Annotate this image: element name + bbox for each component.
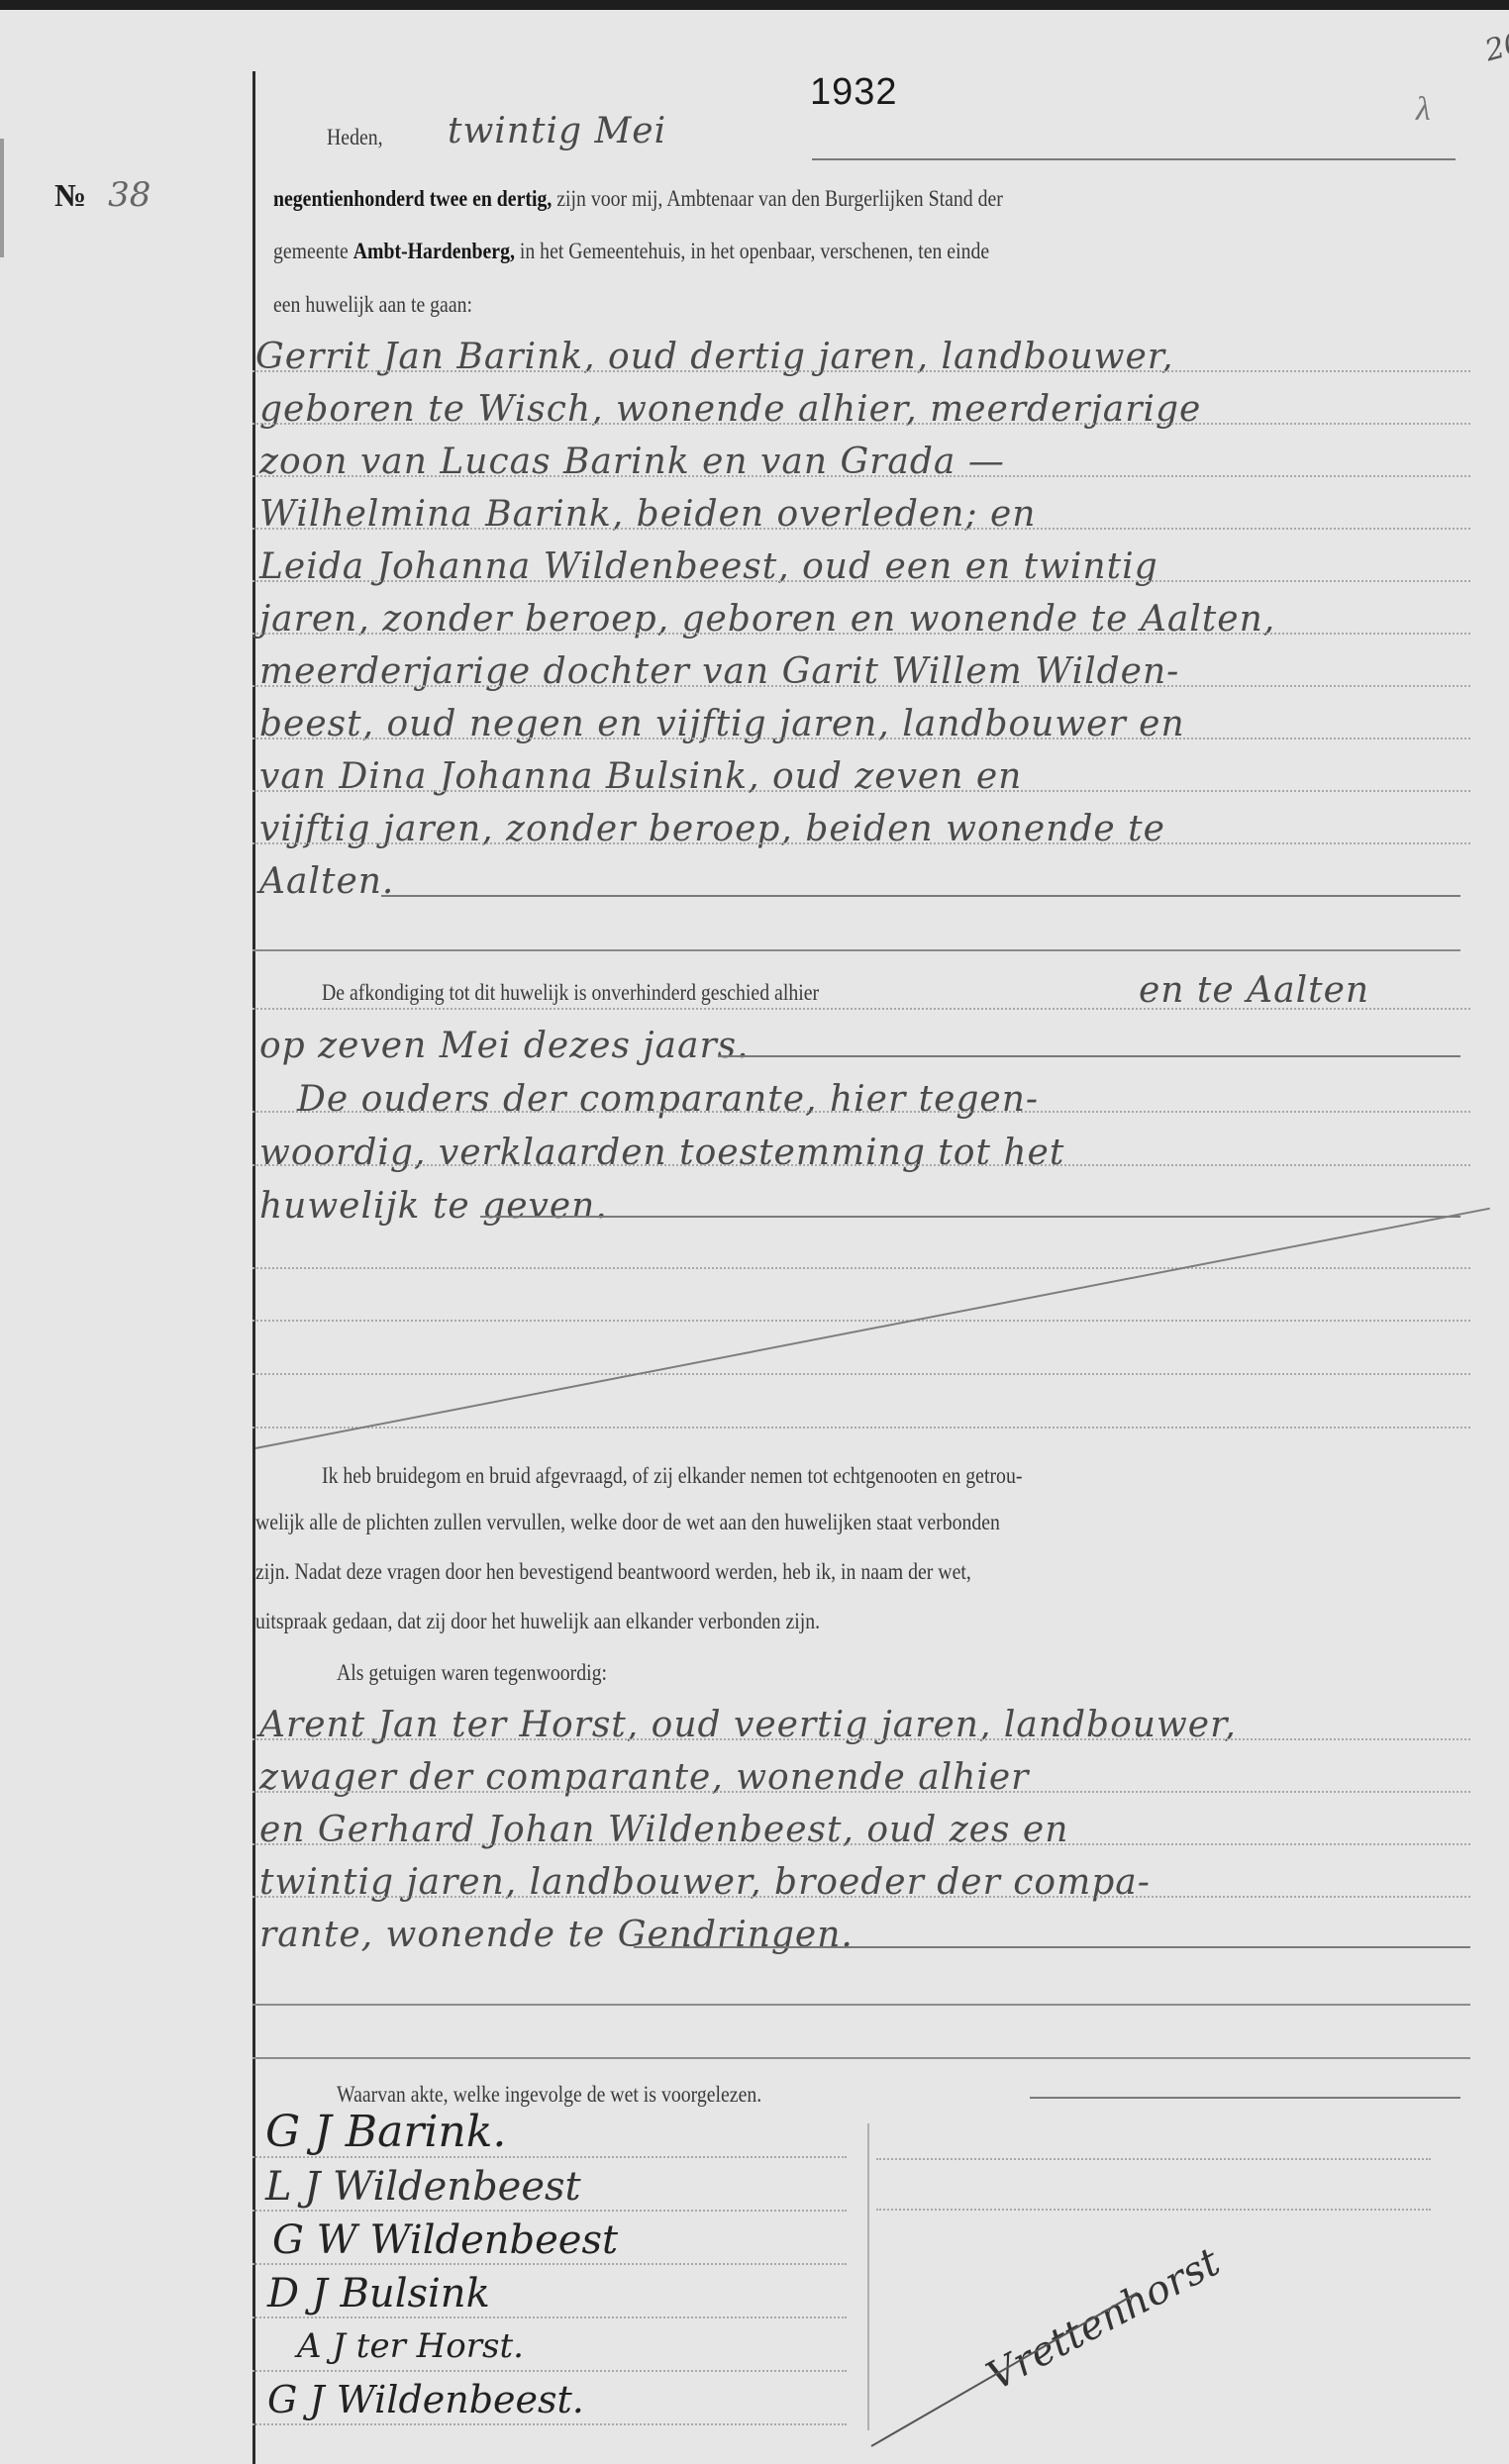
akte-number-label: №: [54, 177, 86, 214]
ruled-line: [876, 2209, 1431, 2211]
signature-witness-2: G J Wildenbeest.: [267, 2378, 584, 2421]
ruled-line: [252, 738, 1470, 739]
signature-bride-father: G W Wildenbeest: [272, 2218, 618, 2263]
header-line-3: gemeente Ambt-Hardenberg, in het Gemeent…: [273, 239, 989, 264]
signature-witness-1: A J ter Horst.: [297, 2326, 524, 2366]
page-number: 20: [1481, 26, 1509, 69]
cancel-strike-line: [255, 1208, 1490, 1449]
akte-number: № 38: [54, 175, 151, 215]
ruled-line: [252, 1843, 1470, 1845]
ruled-line: [252, 842, 1470, 844]
ruled-line: [252, 2316, 847, 2318]
ruled-line: [252, 1111, 1470, 1113]
ruled-line: [252, 1164, 1470, 1166]
ruled-line: [252, 475, 1470, 477]
date-written: twintig Mei: [448, 111, 666, 151]
heden-label: Heden,: [327, 125, 383, 150]
afkondiging-text: De afkondiging tot dit huwelijk is onver…: [322, 980, 819, 1006]
consent-line: De ouders der comparante, hier tegen-: [297, 1079, 1039, 1120]
ruled-line: [252, 1791, 1470, 1793]
ruled-line: [252, 1738, 1470, 1740]
declaration-line: uitspraak gedaan, dat zij door het huwel…: [255, 1609, 820, 1634]
ruled-line: [252, 528, 1470, 530]
afkondiging-date: op zeven Mei dezes jaars.: [259, 1026, 750, 1066]
parties-line: Aalten.: [259, 861, 394, 902]
header-line-3-text: in het Gemeentehuis, in het openbaar, ve…: [520, 239, 989, 263]
margin-tick-mark: λ: [1416, 91, 1431, 129]
ruled-line: [252, 423, 1470, 425]
consent-line: huwelijk te geven.: [259, 1186, 608, 1227]
ruled-line: [252, 790, 1470, 792]
consent-end-line: [480, 1216, 1460, 1218]
ruled-line: [252, 580, 1470, 582]
ruled-line: [252, 1896, 1470, 1898]
section-divider: [252, 2057, 1470, 2059]
witness-end-line: [634, 1946, 1470, 1948]
ruled-line: [252, 2423, 847, 2425]
declaration-line: welijk alle de plichten zullen vervullen…: [255, 1510, 1000, 1535]
afkondiging-place: en te Aalten: [1139, 970, 1369, 1011]
ruled-line: [252, 2263, 847, 2265]
ruled-line: [252, 685, 1470, 687]
ruled-line: [252, 2210, 847, 2212]
akte-number-value: 38: [108, 175, 151, 215]
date-fill-line: [812, 158, 1456, 160]
ruled-line-empty: [252, 1320, 1470, 1322]
signature-divider: [867, 2123, 869, 2430]
scan-left-edge: [0, 139, 4, 257]
section-divider: [252, 2004, 1470, 2006]
ruled-line-empty: [252, 1373, 1470, 1375]
signature-groom: G J Barink.: [265, 2107, 506, 2157]
signature-bride: L J Wildenbeest: [265, 2164, 581, 2210]
section-divider: [252, 949, 1460, 951]
consent-line: woordig, verklaarden toestemming tot het: [259, 1133, 1064, 1173]
header-line-4: een huwelijk aan te gaan:: [273, 292, 472, 318]
witnesses-label: Als getuigen waren tegenwoordig:: [337, 1660, 607, 1686]
gemeente-label: gemeente: [273, 239, 349, 263]
official-signature-stroke: [871, 2292, 1138, 2447]
ruled-line: [252, 633, 1470, 635]
header-year-words: negentienhonderd twee en dertig,: [273, 186, 552, 211]
ruled-line: [252, 2370, 847, 2372]
ruled-line-empty: [252, 1267, 1470, 1269]
signature-bride-mother: D J Bulsink: [267, 2271, 490, 2316]
closing-end-line: [1030, 2097, 1460, 2099]
gemeente-name: Ambt-Hardenberg,: [353, 239, 515, 263]
scan-top-edge: [0, 0, 1509, 10]
parties-end-line: [381, 895, 1460, 897]
header-line-2-text: zijn voor mij, Ambtenaar van den Burgerl…: [556, 186, 1003, 211]
official-signature: Vrettenhorst: [979, 2239, 1227, 2400]
ruled-line: [252, 370, 1470, 372]
ruled-line: [876, 2158, 1431, 2160]
afkondiging-end-line: [718, 1055, 1460, 1057]
record-year: 1932: [810, 71, 898, 114]
closing-text: Waarvan akte, welke ingevolge de wet is …: [337, 2082, 761, 2108]
header-line-2: negentienhonderd twee en dertig, zijn vo…: [273, 186, 1003, 212]
ruled-line-empty: [252, 1427, 1470, 1429]
declaration-line: zijn. Nadat deze vragen door hen bevesti…: [255, 1559, 971, 1585]
ruled-line: [252, 1008, 1470, 1010]
declaration-line: Ik heb bruidegom en bruid afgevraagd, of…: [322, 1463, 1022, 1489]
witness-line: rante, wonende te Gendringen.: [259, 1915, 854, 1955]
